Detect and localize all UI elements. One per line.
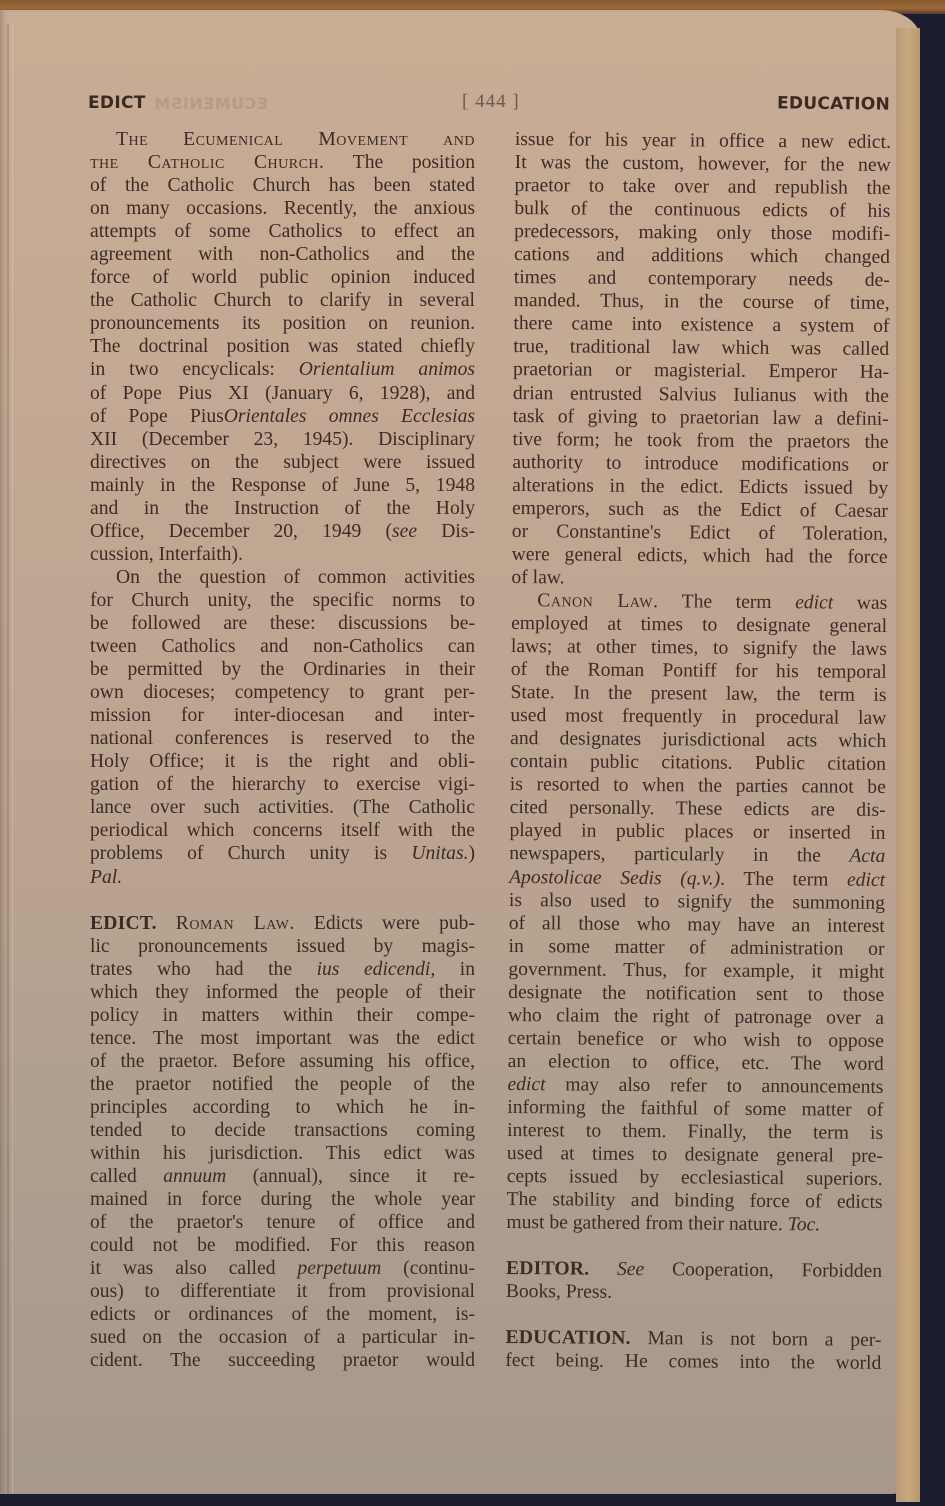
text-run: force of world public opinion induced <box>90 267 475 288</box>
text-run: ous) to differentiate it from provisiona… <box>90 1281 475 1302</box>
text-run: Office, December 20, 1949 ( <box>90 521 392 542</box>
text-line: edicts or ordinances of the moment, is- <box>90 1303 475 1326</box>
text-line: tween Catholics and non-Catholics can <box>90 635 475 658</box>
text-run: sued on the occasion of a particular in- <box>90 1327 475 1348</box>
text-run: On the question of common activities <box>116 567 475 588</box>
text-run: bulk of the continuous edicts of his <box>514 198 890 222</box>
text-line: Pal. <box>90 866 475 889</box>
text-line: of the praetor's tenure of office and <box>90 1211 475 1234</box>
text-line: the Catholic Church to clarify in severa… <box>90 289 475 312</box>
text-line: predecessors, making only those modifi- <box>514 220 890 246</box>
text-line: gation of the hierarchy to exercise vigi… <box>90 773 475 796</box>
text-run: was <box>833 592 887 613</box>
text-line: is also used to signify the summoning <box>509 889 885 915</box>
text-line: in two encyclicals: Orientalium animos <box>90 358 475 381</box>
running-head-left: EDICT <box>88 93 146 113</box>
text-line: within his jurisdiction. This edict was <box>90 1142 475 1165</box>
text-run: directives on the subject were issued <box>90 452 475 473</box>
text-line: of law. <box>511 566 887 592</box>
text-line: Office, December 20, 1949 (see Dis- <box>90 520 475 543</box>
headword-edict: EDICT. <box>90 913 157 934</box>
italic-run: Orientales omnes Ecclesias <box>224 406 475 427</box>
text-line: it was also called perpetuum (continu- <box>90 1257 475 1280</box>
text-line: The doctrinal position was stated chiefl… <box>90 335 475 358</box>
text-run: in some matter of administration or <box>508 936 884 960</box>
entry-ecumenical-para2: On the question of common activitiesfor … <box>90 566 475 889</box>
text-run: Dis- <box>417 521 475 542</box>
text-line: edict may also refer to announcements <box>507 1073 883 1099</box>
text-run: cited personally. These edicts are dis- <box>510 797 886 821</box>
text-run: trates who had the <box>90 959 317 980</box>
text-run: The position <box>324 152 475 173</box>
italic-run: Apostolicae Sedis (q.v.) <box>509 866 720 889</box>
cross-reference-text: Cooperation, Forbidden <box>644 1259 882 1282</box>
text-line: policy in matters within their compe- <box>90 1004 475 1027</box>
entry-gap <box>506 1303 882 1329</box>
text-run: ) <box>468 843 475 864</box>
text-line: which they informed the people of their <box>90 981 475 1004</box>
text-run: Holy Office; it is the right and obli- <box>90 751 475 772</box>
entry-gap <box>506 1234 882 1260</box>
text-run: authority to introduce modifications or <box>512 452 888 476</box>
text-run: alterations in the edict. Edicts issued … <box>512 475 888 499</box>
text-line: cations and additions which changed <box>514 243 890 269</box>
text-run: used most frequently in procedural law <box>510 705 886 729</box>
text-run: informing the faithful of some matter of <box>507 1097 883 1121</box>
text-line: of Pope Pius XI (January 6, 1928), and <box>90 382 475 405</box>
text-run: tive form; he took from the praetors the <box>512 429 888 453</box>
editor-line-2: Books, Press. <box>506 1280 882 1306</box>
text-run: emperors, such as the Edict of Caesar <box>512 498 888 522</box>
text-line: Apostolicae Sedis (q.v.). The term edict <box>509 865 885 891</box>
text-run: edicts or ordinances of the moment, is- <box>90 1304 475 1325</box>
show-through-text: ECUMENISM <box>154 94 268 113</box>
text-run: cepts issued by ecclesiastical superiors… <box>507 1166 883 1190</box>
text-run: played in public places or inserted in <box>509 820 885 844</box>
text-run: designate the notification sent to those <box>508 982 884 1006</box>
education-line-2: fect being. He comes into the world <box>505 1349 881 1375</box>
text-run: praetorian or magisterial. Emperor Ha- <box>513 359 889 383</box>
section-roman-law: Roman Law. <box>176 913 295 934</box>
text-line: must be gathered from their nature. Toc. <box>506 1211 882 1237</box>
text-line: in some matter of administration or <box>508 935 884 961</box>
text-run: XII (December 23, 1945). Disciplinary <box>90 429 475 450</box>
text-run: attempts of some Catholics to effect an <box>90 221 475 242</box>
entry-edict: EDICT. Roman Law. Edicts were pub- lic p… <box>90 912 475 1373</box>
section-canon-law: Canon Law. <box>537 590 658 612</box>
text-line: The stability and binding force of edict… <box>506 1188 882 1214</box>
text-run: cations and additions which changed <box>514 244 890 268</box>
text-line: State. In the present law, the term is <box>510 681 886 707</box>
text-run: used at times to designate general pre- <box>507 1143 883 1167</box>
see-reference: See <box>589 1259 644 1280</box>
text-line: is resorted to when the parties cannot b… <box>510 773 886 799</box>
text-line: own dioceses; competency to grant per- <box>90 681 475 704</box>
italic-run: annuum <box>163 1166 226 1187</box>
text-line: an election to office, etc. The word <box>508 1050 884 1076</box>
canon-law-first-line: Canon Law. The term edict was <box>511 589 887 615</box>
text-run: times and contemporary needs de- <box>514 267 890 291</box>
text-run: interest to them. Finally, the term is <box>507 1120 883 1144</box>
italic-run: edict <box>847 869 885 890</box>
text-line: cepts issued by ecclesiastical superiors… <box>507 1165 883 1191</box>
text-line: could not be modified. For this reason <box>90 1234 475 1257</box>
text-line: national conferences is reserved to the <box>90 727 475 750</box>
text-run: The stability and binding force of edict… <box>507 1189 883 1213</box>
text-run: mained in force during the whole year <box>90 1189 475 1210</box>
text-run: of law. <box>511 567 564 588</box>
text-run: is resorted to when the parties cannot b… <box>510 774 886 798</box>
text-run: the Catholic Church to clarify in severa… <box>90 290 475 311</box>
text-run: cussion, Interfaith). <box>90 544 243 565</box>
text-run: and designates jurisdictional acts which <box>510 728 886 752</box>
text-line: periodical which concerns itself with th… <box>90 819 475 842</box>
text-run: contain public citations. Public citatio… <box>510 751 886 775</box>
text-run: State. In the present law, the term is <box>510 682 886 706</box>
text-line: On the question of common activities <box>90 566 475 589</box>
text-line: used most frequently in procedural law <box>510 704 886 730</box>
text-run: manded. Thus, in the course of time, <box>514 290 890 314</box>
text-line: of Pope PiusOrientales omnes Ecclesias <box>90 405 475 428</box>
text-run: could not be modified. For this reason <box>90 1235 475 1256</box>
text-line: times and contemporary needs de- <box>514 266 890 292</box>
text-line: drian entrusted Salvius Iulianus with th… <box>513 382 889 408</box>
text-run: tween Catholics and non-Catholics can <box>90 636 475 657</box>
text-run: must be gathered from their nature. <box>506 1212 787 1235</box>
text-run: be followed are these: discussions be- <box>90 613 475 634</box>
text-run: which they informed the people of their <box>90 982 475 1003</box>
text-line: for Church unity, the specific norms to <box>90 589 475 612</box>
headword-editor: EDITOR. <box>506 1258 589 1280</box>
text-line: were general edicts, which had the force <box>512 543 888 569</box>
italic-run: Toc. <box>788 1214 821 1235</box>
text-run: issue for his year in office a new edict… <box>515 129 891 153</box>
text-line: It was the custom, however, for the new <box>515 151 891 177</box>
text-run: national conferences is reserved to the <box>90 728 475 749</box>
text-run: certain benefice or who wish to oppose <box>508 1028 884 1052</box>
text-run: is also used to signify the summoning <box>509 890 885 914</box>
text-line: mainly in the Response of June 5, 1948 <box>90 474 475 497</box>
text-line: certain benefice or who wish to oppose <box>508 1027 884 1053</box>
italic-run: perpetuum <box>297 1258 381 1279</box>
text-run: of the Catholic Church has been stated <box>90 175 475 196</box>
text-run: lic pronouncements issued by magis- <box>90 936 475 957</box>
text-line: there came into existence a system of <box>513 312 889 338</box>
text-run: who claim the right of patronage over a <box>508 1005 884 1029</box>
text-line: tence. The most important was the edict <box>90 1027 475 1050</box>
text-line: mained in force during the whole year <box>90 1188 475 1211</box>
text-line: government. Thus, for example, it might <box>508 958 884 984</box>
text-line: problems of Church unity is Unitas.) <box>90 842 475 865</box>
text-line: lic pronouncements issued by magis- <box>90 935 475 958</box>
text-line: Holy Office; it is the right and obli- <box>90 750 475 773</box>
text-run: mission for inter-diocesan and inter- <box>90 705 475 726</box>
text-line: used at times to designate general pre- <box>507 1142 883 1168</box>
text-line: trates who had the ius edicendi, in <box>90 958 475 981</box>
italic-run: Acta <box>849 846 885 867</box>
text-line: contain public citations. Public citatio… <box>510 750 886 776</box>
education-line-1: EDUCATION. Man is not born a per- <box>505 1326 881 1352</box>
text-line: and designates jurisdictional acts which <box>510 727 886 753</box>
text-line: of the Catholic Church has been stated <box>90 174 475 197</box>
text-line: force of world public opinion induced <box>90 266 475 289</box>
text-line: ous) to differentiate it from provisiona… <box>90 1280 475 1303</box>
text-run: of the Roman Pontiff for his temporal <box>511 659 887 683</box>
text-line: tended to decide transactions coming <box>90 1119 475 1142</box>
text-run: employed at times to designate general <box>511 613 887 637</box>
text-line: issue for his year in office a new edict… <box>515 128 891 154</box>
text-run: in two encyclicals: <box>90 359 299 380</box>
text-line: true, traditional law which was called <box>513 335 889 361</box>
text-run: mainly in the Response of June 5, 1948 <box>90 475 475 496</box>
text-line: of all those who may have an interest <box>509 912 885 938</box>
entry-canon-law: Canon Law. The term edict was employed a… <box>506 589 887 1237</box>
text-run: . The term <box>720 868 847 890</box>
text-run: tence. The most important was the edict <box>90 1028 475 1049</box>
text-line: praetorian or magisterial. Emperor Ha- <box>513 358 889 384</box>
text-run: an election to office, etc. The word <box>508 1051 884 1075</box>
text-line: newspapers, particularly in the Acta <box>509 842 885 868</box>
text-line: authority to introduce modifications or <box>512 451 888 477</box>
text-line: cussion, Interfaith). <box>90 543 475 566</box>
small-caps-run: The Ecumenical Movement and <box>116 129 475 150</box>
text-run: or Constantine's Edict of Toleration, <box>512 521 888 545</box>
italic-run: ius edicendi, <box>317 959 436 980</box>
text-line: lance over such activities. (The Catholi… <box>90 796 475 819</box>
text-run: of the praetor. Before assuming his offi… <box>90 1051 475 1072</box>
text-run: tended to decide transactions coming <box>90 1120 475 1141</box>
text-run: The doctrinal position was stated chiefl… <box>90 336 475 357</box>
text-line: the praetor notified the people of the <box>90 1073 475 1096</box>
italic-run: Unitas. <box>411 843 468 864</box>
text-line: directives on the subject were issued <box>90 451 475 474</box>
headword-education: EDUCATION. <box>505 1327 630 1349</box>
text-run: it was also called <box>90 1258 297 1279</box>
text-run: cident. The succeeding praetor would <box>90 1350 475 1371</box>
text-run: Man is not born a per- <box>631 1328 882 1351</box>
running-head: EDICT ECUMENISM [ 444 ] EDUCATION <box>88 93 890 119</box>
text-line: emperors, such as the Edict of Caesar <box>512 497 888 523</box>
text-run: own dioceses; competency to grant per- <box>90 682 475 703</box>
text-line: who claim the right of patronage over a <box>508 1004 884 1030</box>
edict-first-line: EDICT. Roman Law. Edicts were pub- <box>90 912 475 935</box>
text-run: agreement with non-Catholics and the <box>90 244 475 265</box>
text-line: be permitted by the Ordinaries in their <box>90 658 475 681</box>
text-run: may also refer to announcements <box>545 1074 883 1098</box>
italic-run: Orientalium animos <box>299 359 475 380</box>
text-line: principles according to which he in- <box>90 1096 475 1119</box>
text-line: interest to them. Finally, the term is <box>507 1119 883 1145</box>
text-run: there came into existence a system of <box>513 313 889 337</box>
text-line: praetor to take over and republish the <box>514 174 890 200</box>
italic-run: see <box>392 521 417 542</box>
text-run: task of giving to praetorian law a defin… <box>513 406 889 430</box>
entry-gap <box>90 889 475 912</box>
italic-run: edict <box>795 592 833 613</box>
text-run: gation of the hierarchy to exercise vigi… <box>90 774 475 795</box>
text-line: and in the Instruction of the Holy <box>90 497 475 520</box>
text-line: XII (December 23, 1945). Disciplinary <box>90 428 475 451</box>
text-run: Edicts were pub- <box>295 913 475 934</box>
text-run: government. Thus, for example, it might <box>508 959 884 983</box>
text-run: newspapers, particularly in the <box>509 843 849 867</box>
text-run: within his jurisdiction. This edict was <box>90 1143 475 1164</box>
text-line: task of giving to praetorian law a defin… <box>513 405 889 431</box>
left-column: The Ecumenical Movement andthe Catholic … <box>90 128 475 1372</box>
entry-ecumenical-movement: The Ecumenical Movement andthe Catholic … <box>90 128 475 566</box>
entry-editor: EDITOR. See Cooperation, Forbidden Books… <box>506 1257 882 1306</box>
text-line: cident. The succeeding praetor would <box>90 1349 475 1372</box>
text-line: the Catholic Church. The position <box>90 151 475 174</box>
text-line: or Constantine's Edict of Toleration, <box>512 520 888 546</box>
text-line: of the Roman Pontiff for his temporal <box>511 658 887 684</box>
text-run: drian entrusted Salvius Iulianus with th… <box>513 383 889 407</box>
text-run: The term <box>658 591 795 613</box>
gutter-shadow <box>7 24 9 1494</box>
text-line: be followed are these: discussions be- <box>90 612 475 635</box>
text-run: It was the custom, however, for the new <box>515 152 891 176</box>
editor-line-1: EDITOR. See Cooperation, Forbidden <box>506 1257 882 1283</box>
text-line: designate the notification sent to those <box>508 981 884 1007</box>
small-caps-run: the Catholic Church. <box>90 152 324 173</box>
gutter-highlight <box>12 24 13 1494</box>
text-run: true, traditional law which was called <box>513 336 889 360</box>
text-line: pronouncements its position on reunion. <box>90 312 475 335</box>
text-line: manded. Thus, in the course of time, <box>514 289 890 315</box>
entry-edict-continued: issue for his year in office a new edict… <box>511 128 891 592</box>
text-run: be permitted by the Ordinaries in their <box>90 659 475 680</box>
page-number: [ 444 ] <box>462 91 520 113</box>
text-line: attempts of some Catholics to effect an <box>90 220 475 243</box>
text-run: predecessors, making only those modifi- <box>514 221 890 245</box>
text-line: called annuum (annual), since it re- <box>90 1165 475 1188</box>
text-run: on many occasions. Recently, the anxious <box>90 198 475 219</box>
text-line: on many occasions. Recently, the anxious <box>90 197 475 220</box>
text-run: policy in matters within their compe- <box>90 1005 475 1026</box>
text-run: (annual), since it re- <box>226 1166 475 1187</box>
text-line: employed at times to designate general <box>511 612 887 638</box>
text-line: The Ecumenical Movement and <box>90 128 475 151</box>
right-column: issue for his year in office a new edict… <box>505 128 891 1375</box>
text-line: tive form; he took from the praetors the <box>512 428 888 454</box>
entry-education: EDUCATION. Man is not born a per- fect b… <box>505 1326 881 1375</box>
text-run: called <box>90 1166 163 1187</box>
text-run: of Pope Pius XI (January 6, 1928), and <box>90 383 475 404</box>
text-run: of the praetor's tenure of office and <box>90 1212 475 1233</box>
page-stack-edge <box>896 28 920 1502</box>
italic-run: edict <box>507 1074 545 1095</box>
text-run: the praetor notified the people of the <box>90 1074 475 1095</box>
text-run: periodical which concerns itself with th… <box>90 820 475 841</box>
running-head-right: EDUCATION <box>777 93 890 114</box>
text-run: and in the Instruction of the Holy <box>90 498 475 519</box>
text-run: (continu- <box>381 1258 475 1279</box>
text-line: agreement with non-Catholics and the <box>90 243 475 266</box>
text-run: problems of Church unity is <box>90 843 411 864</box>
text-run: laws; at other times, to signify the law… <box>511 636 887 660</box>
text-line: alterations in the edict. Edicts issued … <box>512 474 888 500</box>
text-run: of Pope Pius <box>90 406 224 427</box>
italic-run: Pal. <box>90 867 122 888</box>
text-line: played in public places or inserted in <box>509 819 885 845</box>
text-line: laws; at other times, to signify the law… <box>511 635 887 661</box>
text-line: bulk of the continuous edicts of his <box>514 197 890 223</box>
text-run: principles according to which he in- <box>90 1097 475 1118</box>
text-line: mission for inter-diocesan and inter- <box>90 704 475 727</box>
text-line: informing the faithful of some matter of <box>507 1096 883 1122</box>
text-line: sued on the occasion of a particular in- <box>90 1326 475 1349</box>
text-run: praetor to take over and republish the <box>514 175 890 199</box>
text-run: of all those who may have an interest <box>509 913 885 937</box>
text-run: for Church unity, the specific norms to <box>90 590 475 611</box>
text-run: in <box>435 959 475 980</box>
text-line: cited personally. These edicts are dis- <box>510 796 886 822</box>
text-run: were general edicts, which had the force <box>512 544 888 568</box>
text-run: pronouncements its position on reunion. <box>90 313 475 334</box>
text-line: of the praetor. Before assuming his offi… <box>90 1050 475 1073</box>
text-run: lance over such activities. (The Catholi… <box>90 797 475 818</box>
